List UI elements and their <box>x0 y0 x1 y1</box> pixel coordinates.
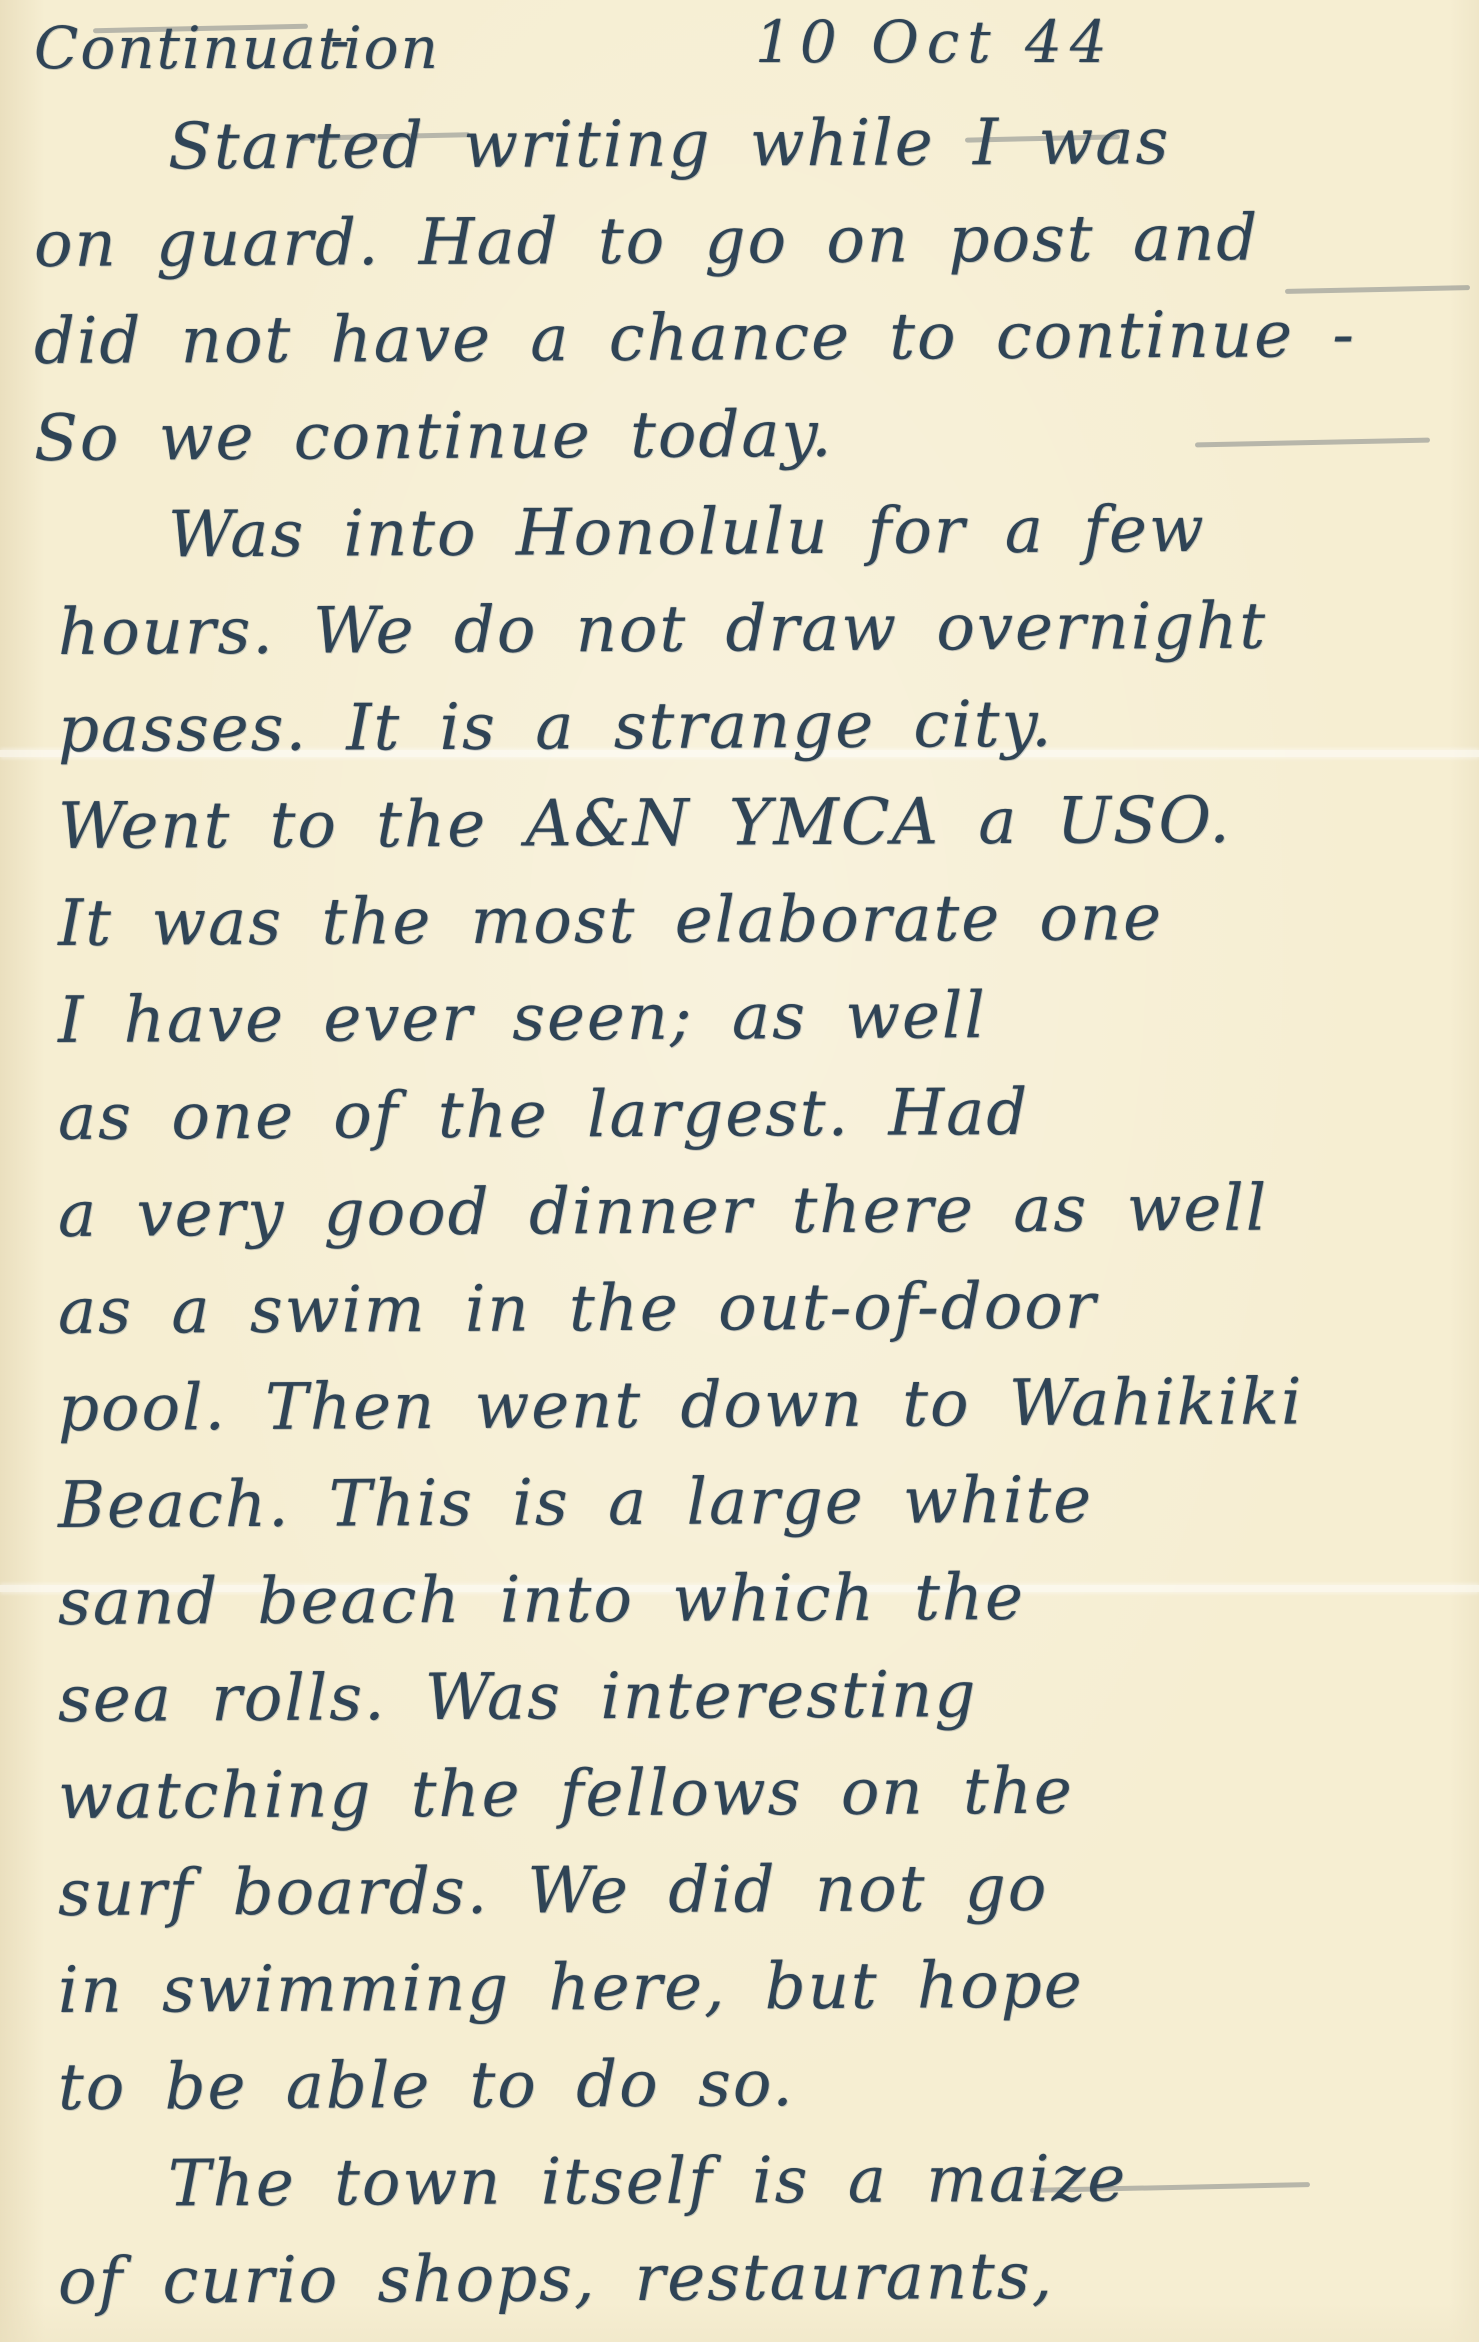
letter-line: I have ever seen; as well <box>58 966 1479 1070</box>
letter-header: Continuation - 10 Oct 44 <box>0 0 1479 100</box>
letter-line: sand beach into which the <box>58 1548 1479 1652</box>
letter-line: The town itself is a maize <box>58 2130 1479 2234</box>
letter-line: in swimming here, but hope <box>58 1936 1479 2040</box>
letter-date: 10 Oct 44 <box>755 8 1115 76</box>
letter-line: did not have a chance to continue - <box>34 286 1479 391</box>
letter-line: pool. Then went down to Wahikiki <box>58 1354 1479 1458</box>
letter-line: Was into Honolulu for a few <box>58 481 1479 585</box>
letter-line: as one of the largest. Had <box>58 1063 1479 1167</box>
letter-line: So we continue today. <box>34 383 1479 488</box>
letter-line: surf boards. We did not go <box>58 1839 1479 1943</box>
letter-line: watching the fellows on the <box>58 1742 1479 1846</box>
header-dash: - <box>330 6 352 74</box>
letter-line: hours. We do not draw overnight <box>58 578 1479 682</box>
letter-line: a very good dinner there as well <box>58 1160 1479 1264</box>
letter-body: Started writing while I was on guard. Ha… <box>0 100 1479 2331</box>
letter-title: Continuation <box>34 14 440 82</box>
letter-line: Started writing while I was <box>58 93 1479 197</box>
letter-line: as a swim in the out-of-door <box>58 1257 1479 1361</box>
letter-line: on guard. Had to go on post and <box>34 189 1479 294</box>
letter-line: Beach. This is a large white <box>58 1451 1479 1555</box>
letter-line: It was the most elaborate one <box>58 869 1479 973</box>
letter-line: passes. It is a strange city. <box>58 675 1479 779</box>
letter-line: of curio shops, restaurants, <box>58 2227 1479 2331</box>
letter-line: to be able to do so. <box>58 2033 1479 2137</box>
letter-page: Continuation - 10 Oct 44 Started writing… <box>0 0 1479 2342</box>
letter-line: Went to the A&N YMCA a USO. <box>58 772 1479 876</box>
letter-line: sea rolls. Was interesting <box>58 1645 1479 1749</box>
